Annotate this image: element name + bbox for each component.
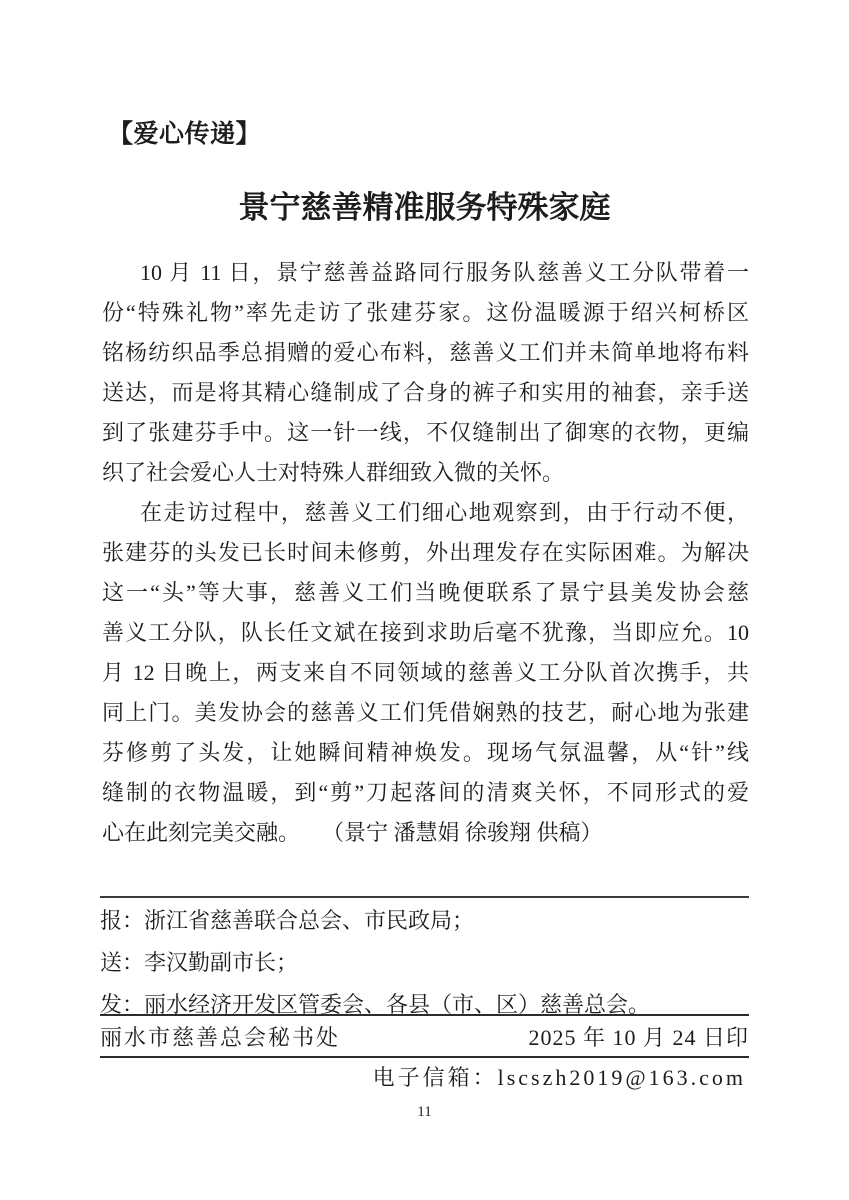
body-line: 10 月 11 日，景宁慈善益路同行服务队慈善义工分队带着一 [102,253,749,293]
article-title: 景宁慈善精准服务特殊家庭 [100,189,749,227]
body-line: 芬修剪了头发，让她瞬间精神焕发。现场气氛温馨，从“针”线 [102,733,749,773]
article-body: 10 月 11 日，景宁慈善益路同行服务队慈善义工分队带着一份“特殊礼物”率先走… [102,253,749,853]
issuer-name: 丽水市慈善总会秘书处 [100,1021,340,1052]
distribution-line-send: 送：李汉勤副市长； [100,942,749,984]
colophon-bar: 丽水市慈善总会秘书处 2025 年 10 月 24 日印 [100,1014,749,1058]
body-line: 份“特殊礼物”率先走访了张建芬家。这份温暖源于绍兴柯桥区 [102,293,749,333]
body-line: 缝制的衣物温暖，到“剪”刀起落间的清爽关怀，不同形式的爱 [102,773,749,813]
email-line: 电子信箱：lscszh2019@163.com [100,1064,746,1092]
body-line: 这一“头”等大事，慈善义工们当晚便联系了景宁县美发协会慈 [102,573,749,613]
page-number: 11 [0,1103,849,1121]
body-line: 在走访过程中，慈善义工们细心地观察到，由于行动不便， [102,493,749,533]
print-date: 2025 年 10 月 24 日印 [528,1021,749,1052]
body-line: 心在此刻完美交融。 （景宁 潘慧娟 徐骏翔 供稿） [102,813,749,853]
distribution-line-report: 报：浙江省慈善联合总会、市民政局； [100,900,749,942]
distribution-block: 报：浙江省慈善联合总会、市民政局； 送：李汉勤副市长； 发：丽水经济开发区管委会… [100,896,749,1026]
body-line: 铭杨纺织品季总捐赠的爱心布料，慈善义工们并未简单地将布料 [102,333,749,373]
body-line: 送达，而是将其精心缝制成了合身的裤子和实用的袖套，亲手送 [102,373,749,413]
body-line: 织了社会爱心人士对特殊人群细致入微的关怀。 [102,453,749,493]
document-page: 【爱心传递】 景宁慈善精准服务特殊家庭 10 月 11 日，景宁慈善益路同行服务… [0,0,849,1200]
email-label: 电子信箱： [373,1065,498,1090]
body-line: 善义工分队，队长任文斌在接到求助后毫不犹豫，当即应允。10 [102,613,749,653]
section-header: 【爱心传递】 [108,119,261,149]
email-address: lscszh2019@163.com [498,1065,746,1090]
body-line: 到了张建芬手中。这一针一线，不仅缝制出了御寒的衣物，更编 [102,413,749,453]
body-line: 张建芬的头发已长时间未修剪，外出理发存在实际困难。为解决 [102,533,749,573]
body-line: 同上门。美发协会的慈善义工们凭借娴熟的技艺，耐心地为张建 [102,693,749,733]
body-line: 月 12 日晚上，两支来自不同领域的慈善义工分队首次携手，共 [102,653,749,693]
